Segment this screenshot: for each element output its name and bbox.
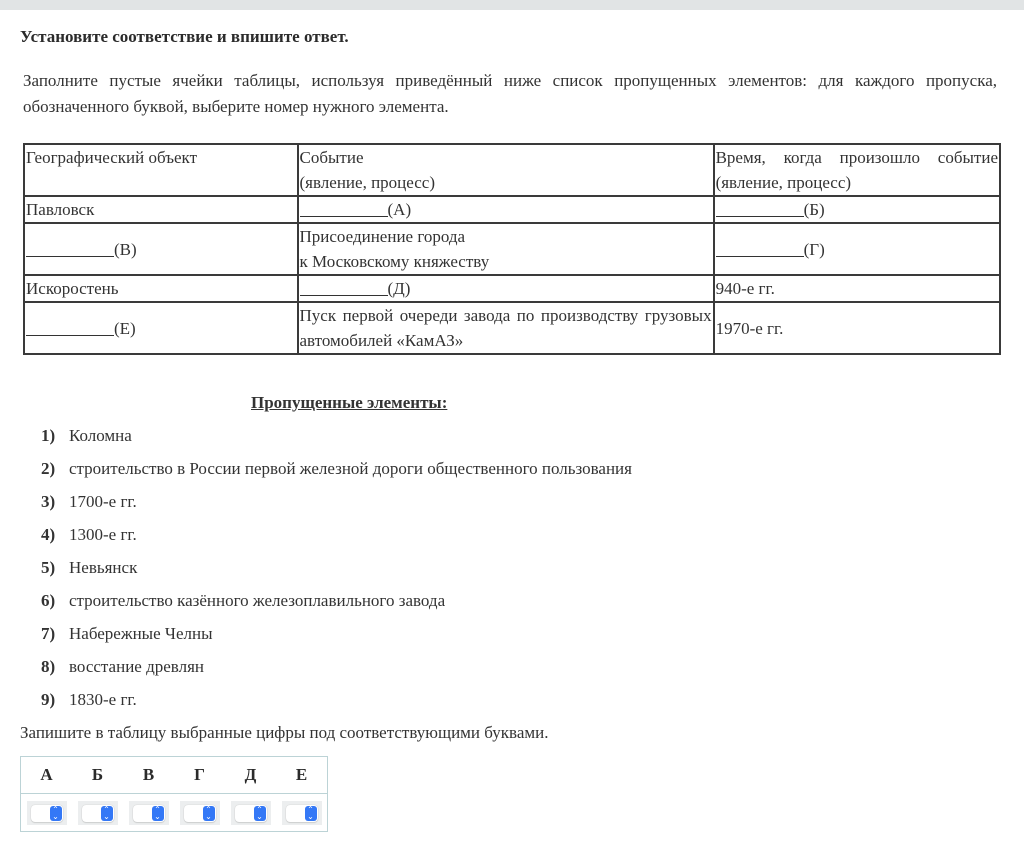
answer-letters-row: АБВГДЕ: [21, 757, 328, 794]
cell-event-blank-d: (Д): [298, 275, 714, 302]
item-text: 1300-е гг.: [69, 525, 137, 558]
up-down-chevron-icon[interactable]: ⌃⌄: [50, 806, 62, 821]
item-text: Коломна: [69, 426, 132, 459]
cell-event: Пуск первой очереди завода по производст…: [298, 302, 714, 354]
list-item: 8)восстание древлян: [41, 657, 632, 690]
answer-letter: Е: [276, 757, 328, 794]
item-number: 5): [41, 558, 69, 591]
missing-elements-list: 1)Коломна2)строительство в России первой…: [41, 426, 632, 723]
answer-select[interactable]: ⌃⌄: [133, 805, 165, 822]
list-item: 3)1700-е гг.: [41, 492, 632, 525]
list-item: 9)1830-е гг.: [41, 690, 632, 723]
cell-event-blank-a: (А): [298, 196, 714, 223]
item-text: строительство в России первой железной д…: [69, 459, 632, 492]
cell-time: 940-е гг.: [714, 275, 1000, 302]
cell-object: Искоростень: [24, 275, 298, 302]
item-number: 6): [41, 591, 69, 624]
answer-letter: Г: [174, 757, 225, 794]
item-number: 2): [41, 459, 69, 492]
answer-letter: В: [123, 757, 174, 794]
up-down-chevron-icon[interactable]: ⌃⌄: [305, 806, 317, 821]
task-instructions: Заполните пустые ячейки таблицы, использ…: [23, 68, 997, 120]
cell-object-blank-e: (Е): [24, 302, 298, 354]
blank-line: [26, 238, 114, 257]
answer-select[interactable]: ⌃⌄: [286, 805, 318, 822]
answer-select-wrapper: ⌃⌄: [180, 801, 220, 825]
list-item: 7)Набережные Челны: [41, 624, 632, 657]
answer-select-wrapper: ⌃⌄: [27, 801, 67, 825]
table-row: Павловск (А) (Б): [24, 196, 1000, 223]
answer-selects-row: ⌃⌄⌃⌄⌃⌄⌃⌄⌃⌄⌃⌄: [21, 794, 328, 832]
cell-object-blank-v: (В): [24, 223, 298, 275]
item-text: строительство казённого железоплавильног…: [69, 591, 445, 624]
item-number: 7): [41, 624, 69, 657]
header-object: Географический объект: [24, 144, 298, 196]
answer-select-wrapper: ⌃⌄: [282, 801, 322, 825]
task-title: Установите соответствие и впишите ответ.: [20, 27, 349, 47]
answer-select[interactable]: ⌃⌄: [82, 805, 114, 822]
up-down-chevron-icon[interactable]: ⌃⌄: [203, 806, 215, 821]
item-number: 4): [41, 525, 69, 558]
header-event: Событие(явление, процесс): [298, 144, 714, 196]
list-item: 1)Коломна: [41, 426, 632, 459]
table-row: (Е) Пуск первой очереди завода по произв…: [24, 302, 1000, 354]
up-down-chevron-icon[interactable]: ⌃⌄: [254, 806, 266, 821]
blank-line: [716, 238, 804, 257]
answer-select-wrapper: ⌃⌄: [231, 801, 271, 825]
item-number: 1): [41, 426, 69, 459]
blank-line: [716, 198, 804, 217]
item-text: 1700-е гг.: [69, 492, 137, 525]
answer-cell: ⌃⌄: [276, 794, 328, 832]
table-row: Искоростень (Д) 940-е гг.: [24, 275, 1000, 302]
answer-instruction: Запишите в таблицу выбранные цифры под с…: [20, 723, 549, 743]
answer-cell: ⌃⌄: [123, 794, 174, 832]
list-item: 5)Невьянск: [41, 558, 632, 591]
top-bar: [0, 0, 1024, 10]
item-text: восстание древлян: [69, 657, 204, 690]
answer-cell: ⌃⌄: [72, 794, 123, 832]
table-header-row: Географический объект Событие(явление, п…: [24, 144, 1000, 196]
up-down-chevron-icon[interactable]: ⌃⌄: [101, 806, 113, 821]
cell-time: 1970-е гг.: [714, 302, 1000, 354]
up-down-chevron-icon[interactable]: ⌃⌄: [152, 806, 164, 821]
item-text: Невьянск: [69, 558, 137, 591]
cell-time-blank-g: (Г): [714, 223, 1000, 275]
table-row: (В) Присоединение городак Московскому кн…: [24, 223, 1000, 275]
answer-select[interactable]: ⌃⌄: [235, 805, 267, 822]
answer-table: АБВГДЕ ⌃⌄⌃⌄⌃⌄⌃⌄⌃⌄⌃⌄: [20, 756, 328, 832]
answer-cell: ⌃⌄: [21, 794, 73, 832]
item-text: Набережные Челны: [69, 624, 213, 657]
item-number: 8): [41, 657, 69, 690]
list-item: 6)строительство казённого железоплавильн…: [41, 591, 632, 624]
list-item: 4)1300-е гг.: [41, 525, 632, 558]
blank-line: [300, 198, 388, 217]
blank-line: [300, 277, 388, 296]
cell-object: Павловск: [24, 196, 298, 223]
list-item: 2)строительство в России первой железной…: [41, 459, 632, 492]
answer-select-wrapper: ⌃⌄: [129, 801, 169, 825]
item-number: 3): [41, 492, 69, 525]
blank-line: [26, 317, 114, 336]
answer-letter: Б: [72, 757, 123, 794]
answer-select-wrapper: ⌃⌄: [78, 801, 118, 825]
item-text: 1830-е гг.: [69, 690, 137, 723]
answer-cell: ⌃⌄: [225, 794, 276, 832]
missing-elements-title: Пропущенные элементы:: [251, 393, 447, 413]
item-number: 9): [41, 690, 69, 723]
cell-event: Присоединение городак Московскому княжес…: [298, 223, 714, 275]
cell-time-blank-b: (Б): [714, 196, 1000, 223]
answer-select[interactable]: ⌃⌄: [184, 805, 216, 822]
answer-select[interactable]: ⌃⌄: [31, 805, 63, 822]
answer-letter: А: [21, 757, 73, 794]
matching-table: Географический объект Событие(явление, п…: [23, 143, 1001, 355]
answer-letter: Д: [225, 757, 276, 794]
header-time: Время, когда произошло событие (явление,…: [714, 144, 1000, 196]
answer-cell: ⌃⌄: [174, 794, 225, 832]
